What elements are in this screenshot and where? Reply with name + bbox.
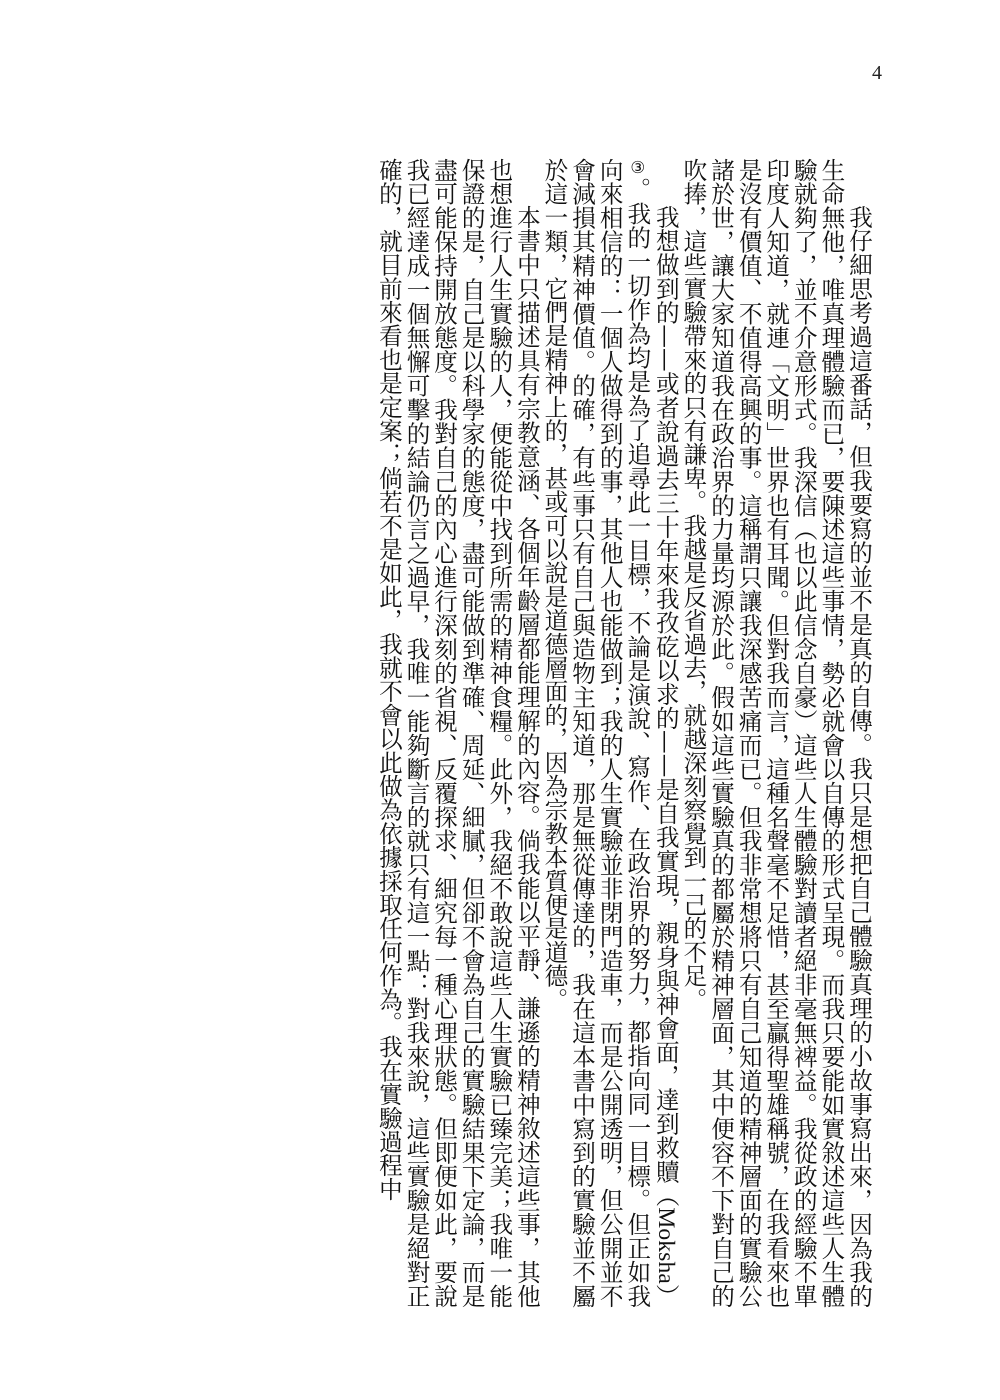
latin-term-moksha: Moksha: [653, 1208, 679, 1285]
paragraph-1: 我仔細思考過這番話，但我要寫的並不是真的自傳。我只是想把自己體驗真理的小故事寫出…: [679, 158, 872, 1308]
page-number: 4: [872, 62, 882, 85]
footnote-reference-3[interactable]: ③: [628, 158, 647, 177]
paragraph-2: 我想做到的——或者說過去三十年來我孜矻以求的——是自我實現，親身與神會面，達到救…: [540, 158, 679, 1308]
paragraph-2-text-a: 我想做到的——或者說過去三十年來我孜矻以求的——是自我實現，親身與神會面，達到救…: [652, 205, 680, 1207]
paragraph-2-text-c: 。我的一切作為均是為了追尋此一目標，不論是演說、寫作、在政治界的努力，都指向同一…: [540, 158, 651, 1308]
paragraph-2-text-b: ）: [652, 1284, 680, 1308]
paragraph-3: 本書中只描述具有宗教意涵、各個年齡層都能理解的內容。倘我能以平靜、謙遜的精神敘述…: [374, 158, 540, 1308]
body-text: 我仔細思考過這番話，但我要寫的並不是真的自傳。我只是想把自己體驗真理的小故事寫出…: [132, 158, 872, 1308]
